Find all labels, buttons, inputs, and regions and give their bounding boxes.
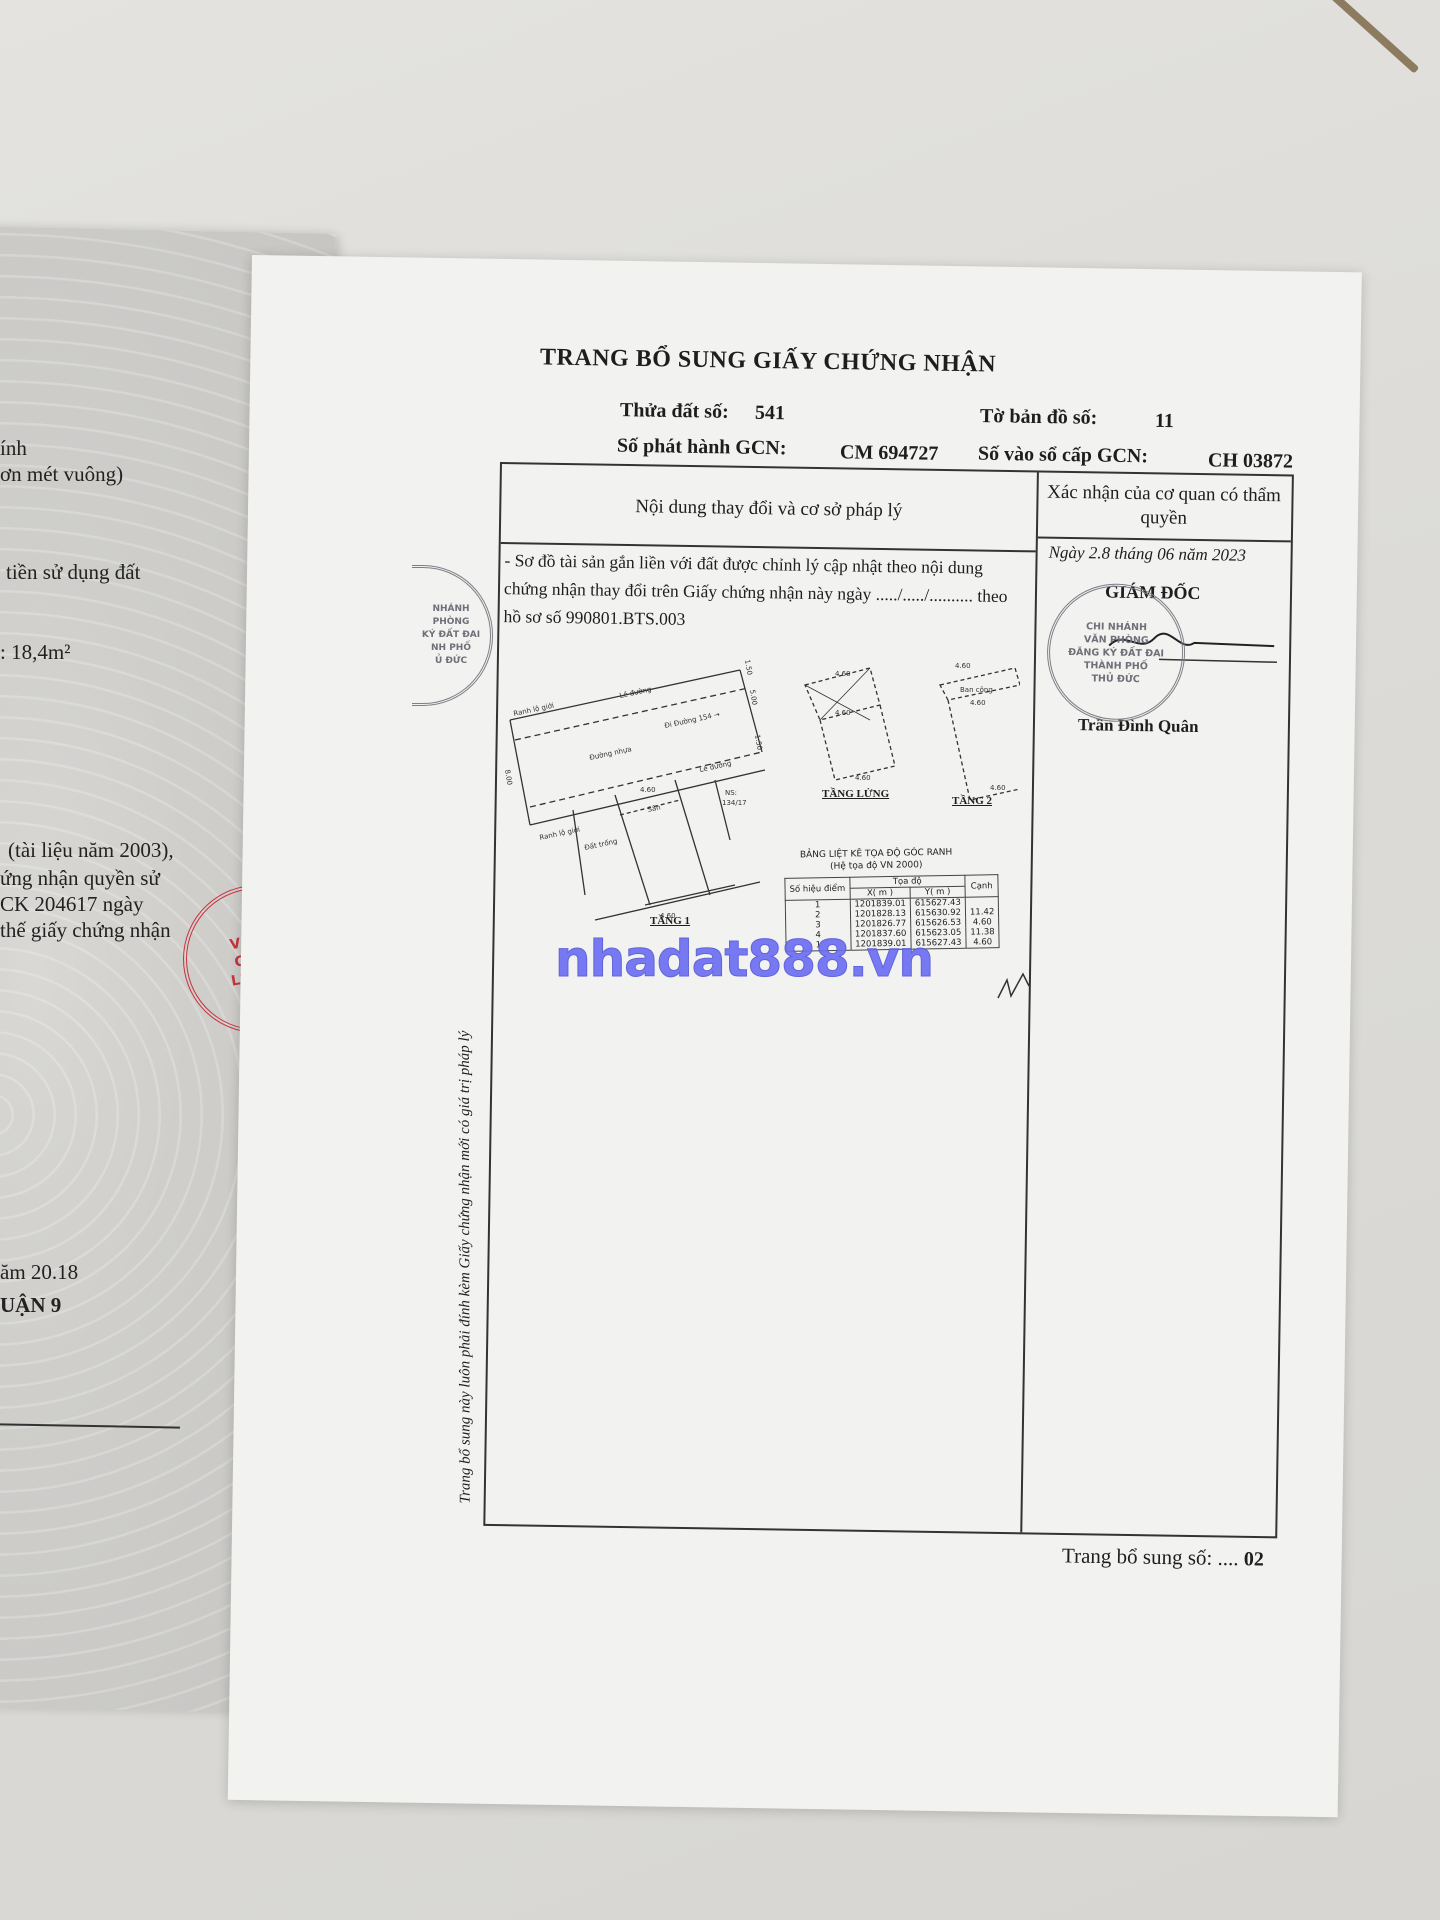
left-page-line: ơn mét vuông) <box>0 462 123 487</box>
svg-text:Đi Đường 154 →: Đi Đường 154 → <box>664 710 721 730</box>
left-page-line: tiền sử dụng đất <box>6 560 140 585</box>
footer-label: Trang bổ sung số: .... <box>1062 1543 1239 1570</box>
svg-text:4.60: 4.60 <box>835 709 851 717</box>
mezzanine-label: TẦNG LỬNG <box>822 788 889 800</box>
footer-value: 02 <box>1244 1548 1264 1570</box>
col-point: Số hiệu điểm <box>785 877 850 900</box>
svg-text:4.60: 4.60 <box>990 784 1006 792</box>
map-sheet-value: 11 <box>1155 410 1174 433</box>
change-content: - Sơ đồ tài sản gắn liền với đất được ch… <box>503 546 1029 638</box>
svg-text:1.50: 1.50 <box>753 734 764 751</box>
col-edge: Cạnh <box>965 875 999 898</box>
left-page-line: ính <box>0 436 27 461</box>
svg-text:4.60: 4.60 <box>640 786 656 794</box>
confirm-column-header: Xác nhận của cơ quan có thẩm quyền <box>1041 481 1287 533</box>
svg-text:4.60: 4.60 <box>855 774 871 782</box>
header-divider-right <box>1038 536 1291 542</box>
change-record-table: Nội dung thay đổi và cơ sở pháp lý Xác n… <box>483 462 1294 1538</box>
left-page-line: CK 204617 ngày <box>0 892 144 917</box>
initials-icon <box>995 968 1035 1004</box>
supplement-page-number: Trang bổ sung số: .... 02 <box>1062 1543 1264 1571</box>
land-office-stamp: CHI NHÁNH VĂN PHÒNG ĐĂNG KÝ ĐẤT ĐAI THÀN… <box>1046 583 1186 723</box>
svg-text:4.60: 4.60 <box>970 699 986 707</box>
left-page-line: thế giấy chứng nhận <box>0 918 171 943</box>
map-sheet-label: Tờ bản đồ số: <box>980 405 1098 430</box>
svg-text:Lề đường: Lề đường <box>699 759 732 774</box>
parcel-label: Thửa đất số: <box>620 399 729 424</box>
left-page-area: : 18,4m² <box>0 640 70 665</box>
svg-text:Ranh lộ giới: Ranh lộ giới <box>539 826 581 842</box>
side-legal-note: Trang bổ sung này luôn phải đính kèm Giấ… <box>457 1031 475 1504</box>
svg-text:Đường nhựa: Đường nhựa <box>589 745 633 762</box>
svg-text:5.00: 5.00 <box>748 689 759 706</box>
issue-number-value: CM 694727 <box>840 441 939 466</box>
left-page-line: (tài liệu năm 2003), <box>8 838 174 863</box>
register-number-value: CH 03872 <box>1208 449 1293 473</box>
svg-text:134/17: 134/17 <box>722 799 747 807</box>
svg-text:NS:: NS: <box>725 789 737 797</box>
svg-text:1.50: 1.50 <box>743 659 754 676</box>
issue-number-label: Số phát hành GCN: <box>617 435 787 461</box>
left-page-authority: UẬN 9 <box>0 1293 61 1318</box>
left-page-line: ăm 20.18 <box>0 1260 78 1285</box>
svg-text:Ban công: Ban công <box>960 686 993 694</box>
floor-1-label: TẦNG 1 <box>650 915 690 927</box>
svg-text:Đất trống: Đất trống <box>584 837 618 852</box>
watermark: nhadat888.vn <box>555 930 933 988</box>
wooden-stick <box>1310 0 1419 74</box>
changes-column-header: Nội dung thay đổi và cơ sở pháp lý <box>501 494 1036 524</box>
left-page-line: ứng nhận quyền sử <box>0 866 160 891</box>
svg-text:8.00: 8.00 <box>503 769 514 786</box>
coordinate-table-title: BẢNG LIỆT KÊ TỌA ĐỘ GÓC RANH (Hệ tọa độ … <box>800 847 953 874</box>
register-number-label: Số vào sổ cấp GCN: <box>978 443 1148 469</box>
svg-text:Sân: Sân <box>647 803 662 814</box>
svg-text:Lề đường: Lề đường <box>619 685 652 700</box>
parcel-value: 541 <box>755 402 785 425</box>
confirm-date: Ngày 2.8 tháng 06 năm 2023 <box>1048 543 1246 566</box>
svg-text:4.60: 4.60 <box>955 662 971 670</box>
svg-text:4.60: 4.60 <box>835 670 851 678</box>
floor-2-label: TẦNG 2 <box>952 795 992 807</box>
